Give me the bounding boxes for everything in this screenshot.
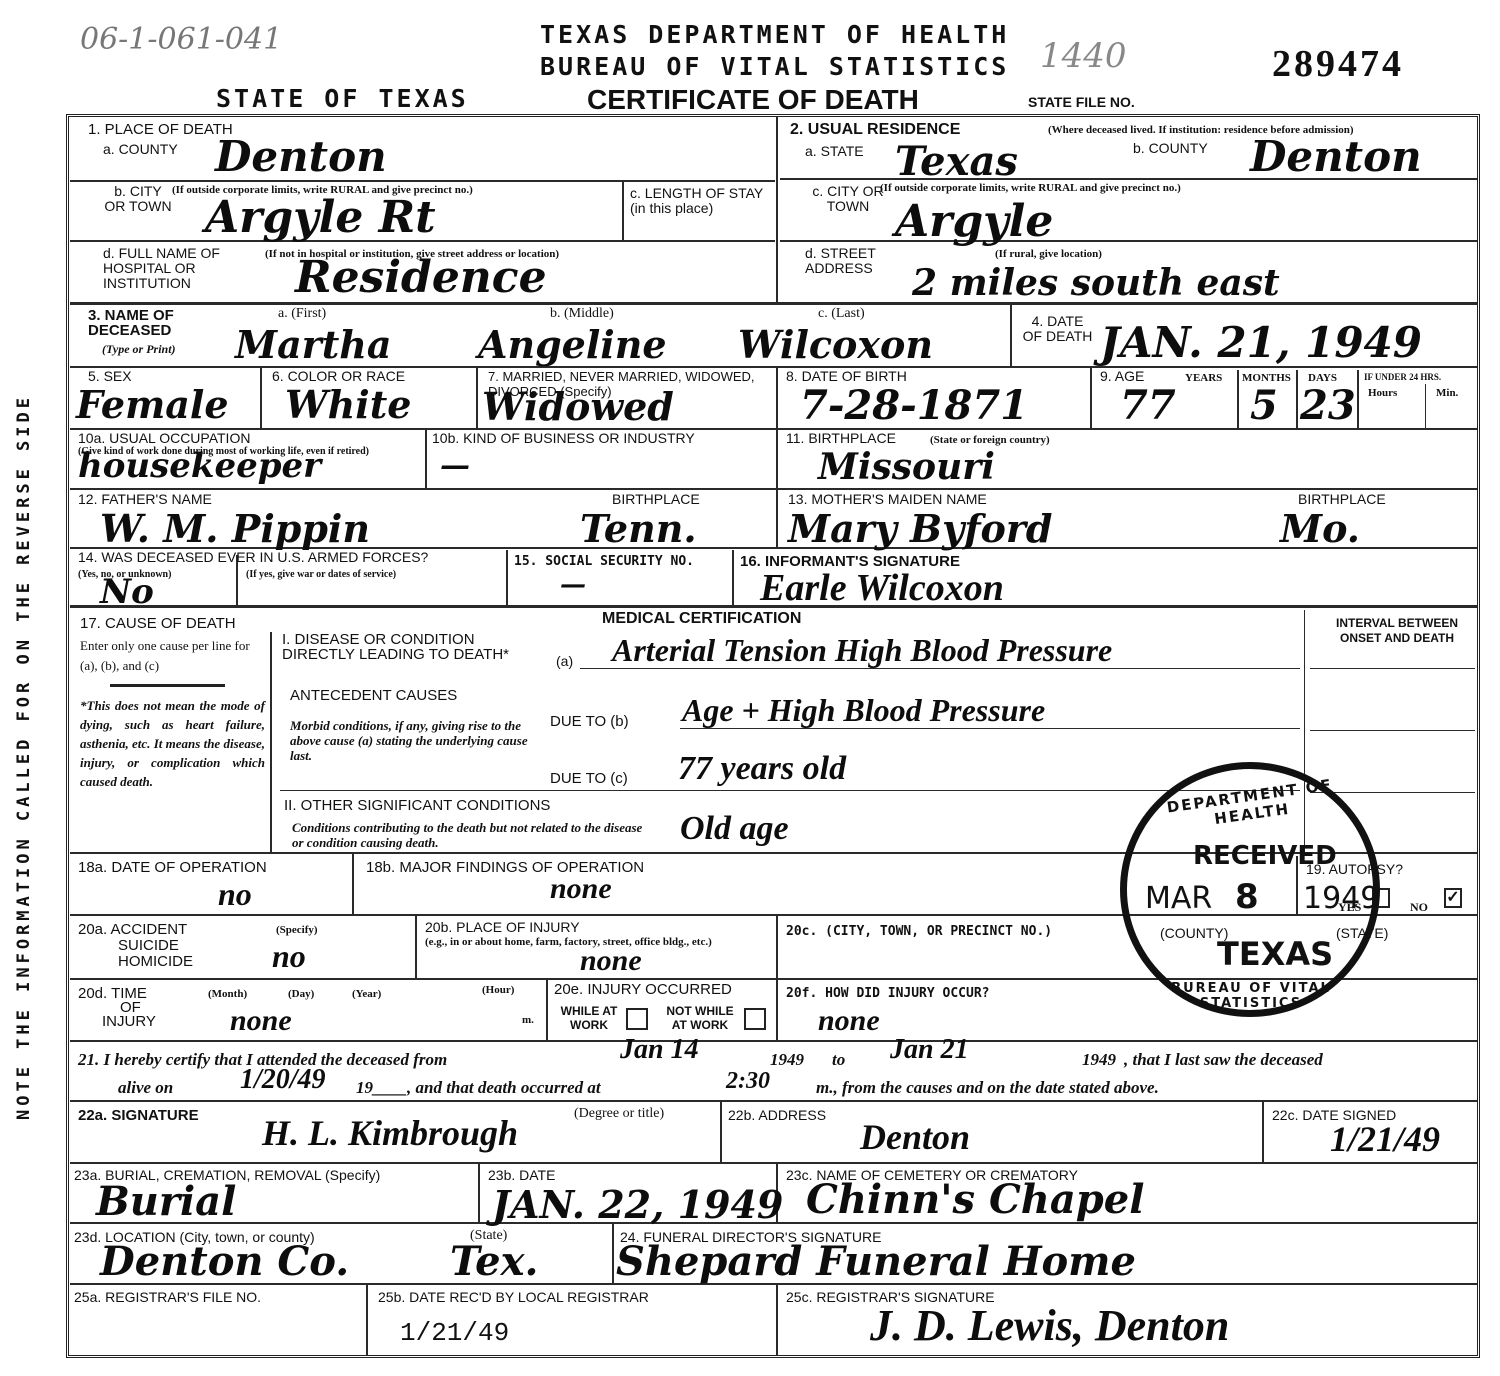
autopsy-no-label: NO xyxy=(1410,900,1428,915)
other-conditions-label: II. OTHER SIGNIFICANT CONDITIONS xyxy=(284,798,550,813)
cause-a-tag: (a) xyxy=(556,654,573,669)
name-label: 3. NAME OF DECEASED xyxy=(88,308,218,338)
month-label: (Month) xyxy=(208,988,247,1000)
cause-c-value: 77 years old xyxy=(678,750,846,788)
injury-type-label-c: HOMICIDE xyxy=(118,954,193,969)
stamp-month: MAR xyxy=(1145,881,1212,916)
armed-hint2: (If yes, give war or dates of service) xyxy=(246,569,396,580)
registrar-date-label: 25b. DATE REC'D BY LOCAL REGISTRAR xyxy=(378,1290,649,1305)
injury-city-label: 20c. (CITY, TOWN, OR PRECINCT NO.) xyxy=(786,924,1052,939)
injury-specify-label: (Specify) xyxy=(276,924,318,936)
alive-on-value: 1/20/49 xyxy=(240,1064,326,1096)
armed-forces-label: 14. WAS DECEASED EVER IN U.S. ARMED FORC… xyxy=(78,550,428,565)
registrar-file-label: 25a. REGISTRAR'S FILE NO. xyxy=(74,1290,261,1305)
first-label: a. (First) xyxy=(278,306,326,321)
cert-to-date: Jan 21 xyxy=(890,1034,969,1066)
m-label: m. xyxy=(522,1014,534,1026)
under-24-label: IF UNDER 24 HRS. xyxy=(1364,372,1441,382)
cert-to-word: to xyxy=(832,1050,845,1069)
marital-value: Widowed xyxy=(482,384,674,429)
injury-time-label-c: INJURY xyxy=(102,1014,156,1029)
age-years-value: 77 xyxy=(1120,382,1176,429)
age-days-value: 23 xyxy=(1300,382,1356,429)
place-of-death-label: 1. PLACE OF DEATH xyxy=(88,122,233,137)
cause-note2: *This does not mean the mode of dying, s… xyxy=(80,696,265,791)
stamp-received: RECEIVED xyxy=(1193,841,1337,871)
file-code: 06-1-061-041 xyxy=(80,22,282,57)
dept-line2: BUREAU OF VITAL STATISTICS xyxy=(540,52,1009,81)
injury-type-label-b: SUICIDE xyxy=(118,938,179,953)
length-of-stay-label: c. LENGTH OF STAY (in this place) xyxy=(630,186,775,216)
other-conditions-value: Old age xyxy=(680,810,789,848)
res-county-label: b. COUNTY xyxy=(1133,141,1208,156)
father-bp-label: BIRTHPLACE xyxy=(612,492,700,507)
res-city-value: Argyle xyxy=(895,196,1053,247)
cert-from-date: Jan 14 xyxy=(620,1034,699,1066)
occupation-label: 10a. USUAL OCCUPATION xyxy=(78,431,250,446)
hospital-label: d. FULL NAME OF HOSPITAL OR INSTITUTION xyxy=(103,246,263,291)
mother-label: 13. MOTHER'S MAIDEN NAME xyxy=(788,492,987,507)
res-county-value: Denton xyxy=(1250,132,1422,181)
degree-label: (Degree or title) xyxy=(574,1106,664,1121)
industry-value: — xyxy=(440,448,470,483)
cause-label: 17. CAUSE OF DEATH xyxy=(80,616,236,631)
stamp-state: TEXAS xyxy=(1217,935,1333,973)
date-of-death-value: JAN. 21, 1949 xyxy=(1100,318,1422,367)
mother-birthplace-value: Mo. xyxy=(1280,506,1360,551)
dob-value: 7-28-1871 xyxy=(800,382,1028,429)
dept-line1: TEXAS DEPARTMENT OF HEALTH xyxy=(540,20,1009,49)
middle-name-value: Angeline xyxy=(478,322,667,367)
informant-signature: Earle Wilcoxon xyxy=(760,566,1004,610)
date-of-death-label: 4. DATE OF DEATH xyxy=(1020,314,1095,344)
stamp-top-text: DEPARTMENT OF HEALTH xyxy=(1159,775,1342,836)
street-hint: (If rural, give location) xyxy=(995,248,1102,260)
other-conditions-note: Conditions contributing to the death but… xyxy=(292,820,652,850)
injury-type-value: no xyxy=(272,938,306,975)
hours-label: Hours xyxy=(1368,387,1397,399)
operation-findings-value: none xyxy=(550,872,612,906)
address-label: 22b. ADDRESS xyxy=(728,1108,826,1123)
side-note: NOTE THE INFORMATION CALLED FOR ON THE R… xyxy=(14,394,34,1120)
cause-a-value: Arterial Tension High Blood Pressure xyxy=(612,632,1112,669)
document-title: CERTIFICATE OF DEATH xyxy=(587,84,919,116)
death-time-value: 2:30 xyxy=(726,1068,770,1095)
injury-place-label: 20b. PLACE OF INJURY xyxy=(425,920,580,935)
due-c-label: DUE TO (c) xyxy=(550,771,628,786)
first-name-value: Martha xyxy=(235,322,392,367)
usual-residence-label: 2. USUAL RESIDENCE xyxy=(790,122,960,137)
registrar-date-value: 1/21/49 xyxy=(400,1318,509,1348)
signature-label: 22a. SIGNATURE xyxy=(78,1108,199,1123)
local-number: 1440 xyxy=(1040,36,1127,76)
cert-text-4: m., from the causes and on the date stat… xyxy=(816,1078,1159,1097)
medical-title: MEDICAL CERTIFICATION xyxy=(602,611,801,626)
state-file-number: 289474 xyxy=(1272,42,1404,86)
last-name-value: Wilcoxon xyxy=(738,322,933,367)
middle-label: b. (Middle) xyxy=(550,306,614,321)
cause-note1: Enter only one cause per line for (a), (… xyxy=(80,636,265,676)
cemetery-value: Chinn's Chapel xyxy=(806,1176,1144,1223)
injury-time-value: none xyxy=(230,1004,292,1038)
date-signed-value: 1/21/49 xyxy=(1330,1118,1440,1160)
age-months-value: 5 xyxy=(1250,382,1278,429)
alive-on-label: alive on xyxy=(118,1078,173,1097)
years-label: YEARS xyxy=(1185,372,1222,384)
antecedent-label: ANTECEDENT CAUSES xyxy=(290,688,457,703)
father-birthplace-value: Tenn. xyxy=(580,506,697,551)
state-file-label: STATE FILE NO. xyxy=(1028,94,1135,110)
ssn-value: — xyxy=(560,570,586,600)
funeral-director-value: Shepard Funeral Home xyxy=(616,1238,1136,1285)
sex-value: Female xyxy=(76,382,229,427)
cert-from-year: 1949 xyxy=(770,1050,804,1069)
father-label: 12. FATHER'S NAME xyxy=(78,492,212,507)
injury-place-value: none xyxy=(580,944,642,978)
stamp-day: 8 xyxy=(1235,877,1259,917)
hour-label: (Hour) xyxy=(482,984,514,996)
street-label: d. STREET ADDRESS xyxy=(805,246,900,276)
not-at-work-label: NOT WHILE AT WORK xyxy=(660,1004,740,1032)
res-state-value: Texas xyxy=(895,138,1018,185)
occupation-value: housekeeper xyxy=(78,446,321,486)
operation-date-value: no xyxy=(218,876,252,913)
cert-to-year: 1949 xyxy=(1082,1050,1116,1069)
received-stamp: DEPARTMENT OF HEALTH RECEIVED MAR 8 1949… xyxy=(1120,762,1380,1017)
street-value: 2 miles south east xyxy=(912,262,1280,304)
ssn-label: 15. SOCIAL SECURITY NO. xyxy=(514,554,694,569)
father-value: W. M. Pippin xyxy=(100,506,370,551)
last-label: c. (Last) xyxy=(818,306,865,321)
state-heading: STATE OF TEXAS xyxy=(216,84,469,113)
registrar-signature: J. D. Lewis, Denton xyxy=(870,1300,1229,1351)
res-city-label: c. CITY OR TOWN xyxy=(808,184,888,214)
injury-place-hint: (e.g., in or about home, farm, factory, … xyxy=(425,936,725,948)
cert-text-3: 19____, and that death occurred at xyxy=(356,1078,601,1097)
death-county-value: Denton xyxy=(215,132,387,181)
cert-text-2: , that I last saw the deceased xyxy=(1124,1050,1323,1069)
race-value: White xyxy=(285,382,411,427)
operation-date-label: 18a. DATE OF OPERATION xyxy=(78,860,267,875)
death-city-value: Argyle Rt xyxy=(205,192,436,243)
mother-bp-label: BIRTHPLACE xyxy=(1298,492,1386,507)
due-b-label: DUE TO (b) xyxy=(550,714,629,729)
name-sub: (Type or Print) xyxy=(102,340,176,359)
stamp-year: 1949 xyxy=(1303,881,1379,916)
at-work-checkbox[interactable] xyxy=(626,1008,648,1030)
county-label: a. COUNTY xyxy=(103,142,178,157)
location-state-value: Tex. xyxy=(450,1238,538,1285)
not-at-work-checkbox[interactable] xyxy=(744,1008,766,1030)
how-injury-label: 20f. HOW DID INJURY OCCUR? xyxy=(786,986,990,1001)
location-value: Denton Co. xyxy=(100,1238,349,1285)
min-label: Min. xyxy=(1436,387,1458,399)
cause-b-value: Age + High Blood Pressure xyxy=(682,692,1045,729)
how-injury-value: none xyxy=(818,1004,880,1038)
disease-label: I. DISEASE OR CONDITION DIRECTLY LEADING… xyxy=(282,632,542,662)
birthplace-value: Missouri xyxy=(818,446,995,488)
autopsy-no-checkbox[interactable]: ✓ xyxy=(1444,888,1462,908)
disposition-value: Burial xyxy=(96,1178,236,1225)
hospital-value: Residence xyxy=(295,252,547,303)
armed-forces-value: No xyxy=(100,572,154,612)
at-work-label: WHILE AT WORK xyxy=(554,1004,624,1032)
birthplace-label: 11. BIRTHPLACE xyxy=(786,431,896,446)
antecedent-note: Morbid conditions, if any, giving rise t… xyxy=(290,718,550,763)
year-label: (Year) xyxy=(352,988,381,1000)
res-state-label: a. STATE xyxy=(805,144,864,159)
injury-occurred-label: 20e. INJURY OCCURRED xyxy=(554,982,732,997)
physician-signature: H. L. Kimbrough xyxy=(262,1112,518,1154)
interval-label: INTERVAL BETWEEN ONSET AND DEATH xyxy=(1322,616,1472,646)
day-label: (Day) xyxy=(288,988,314,1000)
physician-address: Denton xyxy=(860,1116,970,1158)
injury-type-label-a: 20a. ACCIDENT xyxy=(78,922,187,937)
birthplace-hint: (State or foreign country) xyxy=(930,434,1050,446)
burial-date-label: 23b. DATE xyxy=(488,1168,555,1183)
industry-label: 10b. KIND OF BUSINESS OR INDUSTRY xyxy=(432,431,695,446)
res-city-hint: (If outside corporate limits, write RURA… xyxy=(880,182,1181,194)
city-label: b. CITY OR TOWN xyxy=(103,184,173,214)
stamp-bottom-text: BUREAU OF VITAL STATISTICS xyxy=(1151,981,1351,1011)
burial-date-value: JAN. 22, 1949 xyxy=(492,1182,783,1227)
mother-value: Mary Byford xyxy=(788,506,1053,551)
